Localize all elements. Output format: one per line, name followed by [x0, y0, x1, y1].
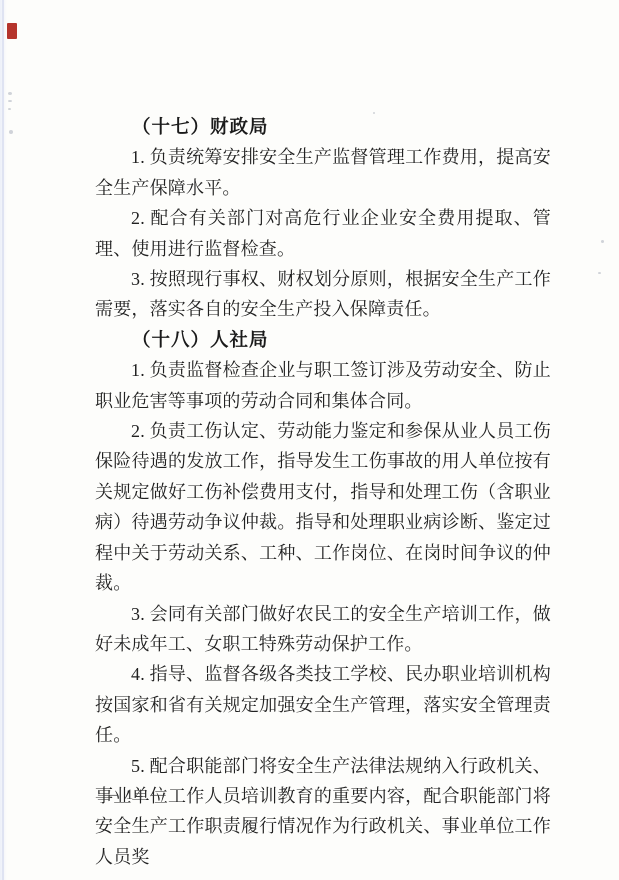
paragraph-17-item-3: 3. 按照现行事权、财权划分原则，根据安全生产工作需要，落实各自的安全生产投入保…	[95, 264, 551, 325]
scanned-document-page: { "page": { "page_number": "— 14 —", "pa…	[0, 0, 619, 880]
document-body: （十七）财政局 1. 负责统筹安排安全生产监督管理工作费用，提高安全生产保障水平…	[95, 112, 551, 872]
paragraph-18-item-5: 5. 配合职能部门将安全生产法律法规纳入行政机关、事业单位工作人员培训教育的重要…	[95, 751, 551, 873]
scan-speck	[8, 108, 11, 110]
paragraph-18-item-3: 3. 会同有关部门做好农民工的安全生产培训工作，做好未成年工、女职工特殊劳动保护…	[95, 599, 551, 660]
paragraph-18-item-4: 4. 指导、监督各级各类技工学校、民办职业培训机构按国家和省有关规定加强安全生产…	[95, 659, 551, 750]
section-heading-18-hr-social-security-bureau: （十八）人社局	[95, 325, 551, 355]
scan-speck	[8, 92, 12, 95]
paragraph-17-item-2: 2. 配合有关部门对高危行业企业安全费用提取、管理、使用进行监督检查。	[95, 203, 551, 264]
scan-speck	[598, 272, 601, 274]
section-heading-17-finance-bureau: （十七）财政局	[95, 112, 551, 142]
paragraph-18-item-1: 1. 负责监督检查企业与职工签订涉及劳动安全、防止职业危害等事项的劳动合同和集体…	[95, 355, 551, 416]
red-corner-mark	[7, 23, 17, 39]
paragraph-18-item-2: 2. 负责工伤认定、劳动能力鉴定和参保从业人员工伤保险待遇的发放工作，指导发生工…	[95, 416, 551, 598]
scan-speck	[8, 100, 12, 102]
paragraph-17-item-1: 1. 负责统筹安排安全生产监督管理工作费用，提高安全生产保障水平。	[95, 142, 551, 203]
scan-edge-line	[2, 0, 4, 880]
page-number: — 14 —	[103, 787, 168, 804]
scan-speck	[601, 240, 604, 243]
scan-speck	[9, 130, 13, 134]
